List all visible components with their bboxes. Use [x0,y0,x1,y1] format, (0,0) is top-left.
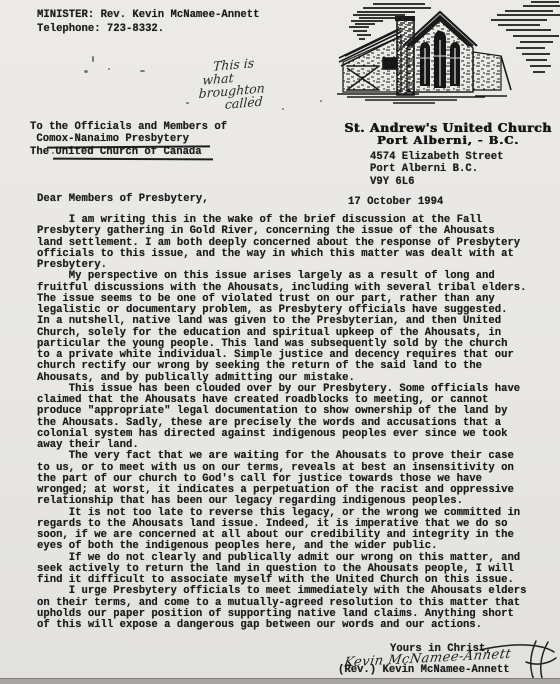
address-line: V9Y 6L6 [370,176,504,188]
scan-speck [84,70,88,73]
typed-name: (Rev.) Kevin McNamee-Annett [338,664,510,676]
letter-body: I am writing this in the wake of the bri… [37,215,527,631]
address-line: 4574 Elizabeth Street [370,151,504,163]
scan-bottom-edge [0,678,560,684]
church-illustration [335,0,560,122]
letter-page: MINISTER: Rev. Kevin McNamee-Annett Tele… [0,0,560,684]
underline-mark [53,158,213,160]
scan-speck [232,104,234,106]
date-line: 17 October 1994 [348,196,443,208]
letterhead-church-name: St. Andrew's United Church Port Alberni,… [336,121,560,147]
body-line: relationship that has been our legacy re… [37,496,527,507]
recipient-line: Comox-Nanaimo Presbytery [30,133,227,145]
buttress-line [501,56,511,90]
minister-line: MINISTER: Rev. Kevin McNamee-Annett [37,8,260,22]
scan-speck [282,108,284,110]
recipient-block: To the Officials and Members of Comox-Na… [30,121,227,158]
body-line: My perspective on this issue arises larg… [37,271,527,282]
scan-speck [140,70,145,72]
telephone-line: Telephone: 723-8332. [37,22,260,36]
handwritten-line: called [225,94,265,111]
right-wing-wall [473,52,501,90]
salutation: Dear Members of Presbytery, [37,193,209,205]
scan-speck [320,100,322,102]
body-line: officials to this issue, and the way in … [37,249,527,260]
body-line: The very fact that we are waiting for th… [37,451,527,462]
body-line: eyes of both the indigenous peoples here… [37,541,527,552]
body-line: Presbytery gathering in Gold River, conc… [37,226,527,237]
ground-hatch [337,94,507,103]
body-line: In a nutshell, native land was given to … [37,316,527,327]
scan-speck [108,68,110,70]
scan-speck [186,102,189,104]
scan-speck [92,56,94,62]
minister-header: MINISTER: Rev. Kevin McNamee-Annett Tele… [37,8,260,36]
letterhead-address: 4574 Elizabeth StreetPort Alberni B.C.V9… [370,151,504,188]
church-drawing-svg [335,0,560,122]
body-line: church rectify our wrong by seeking the … [37,361,527,372]
body-line: I urge Presbytery officials to meet imme… [37,586,527,597]
recipient-line: To the Officials and Members of [30,121,227,133]
scan-speck [252,96,254,98]
scan-speck [52,152,54,154]
body-line: of this will expose a dangerous gap betw… [37,620,527,631]
address-line: Port Alberni B.C. [370,163,504,175]
body-line: produce "appropriate" legal documentatio… [37,406,527,417]
church-location-text: Port Alberni, - B.C. [336,134,560,147]
